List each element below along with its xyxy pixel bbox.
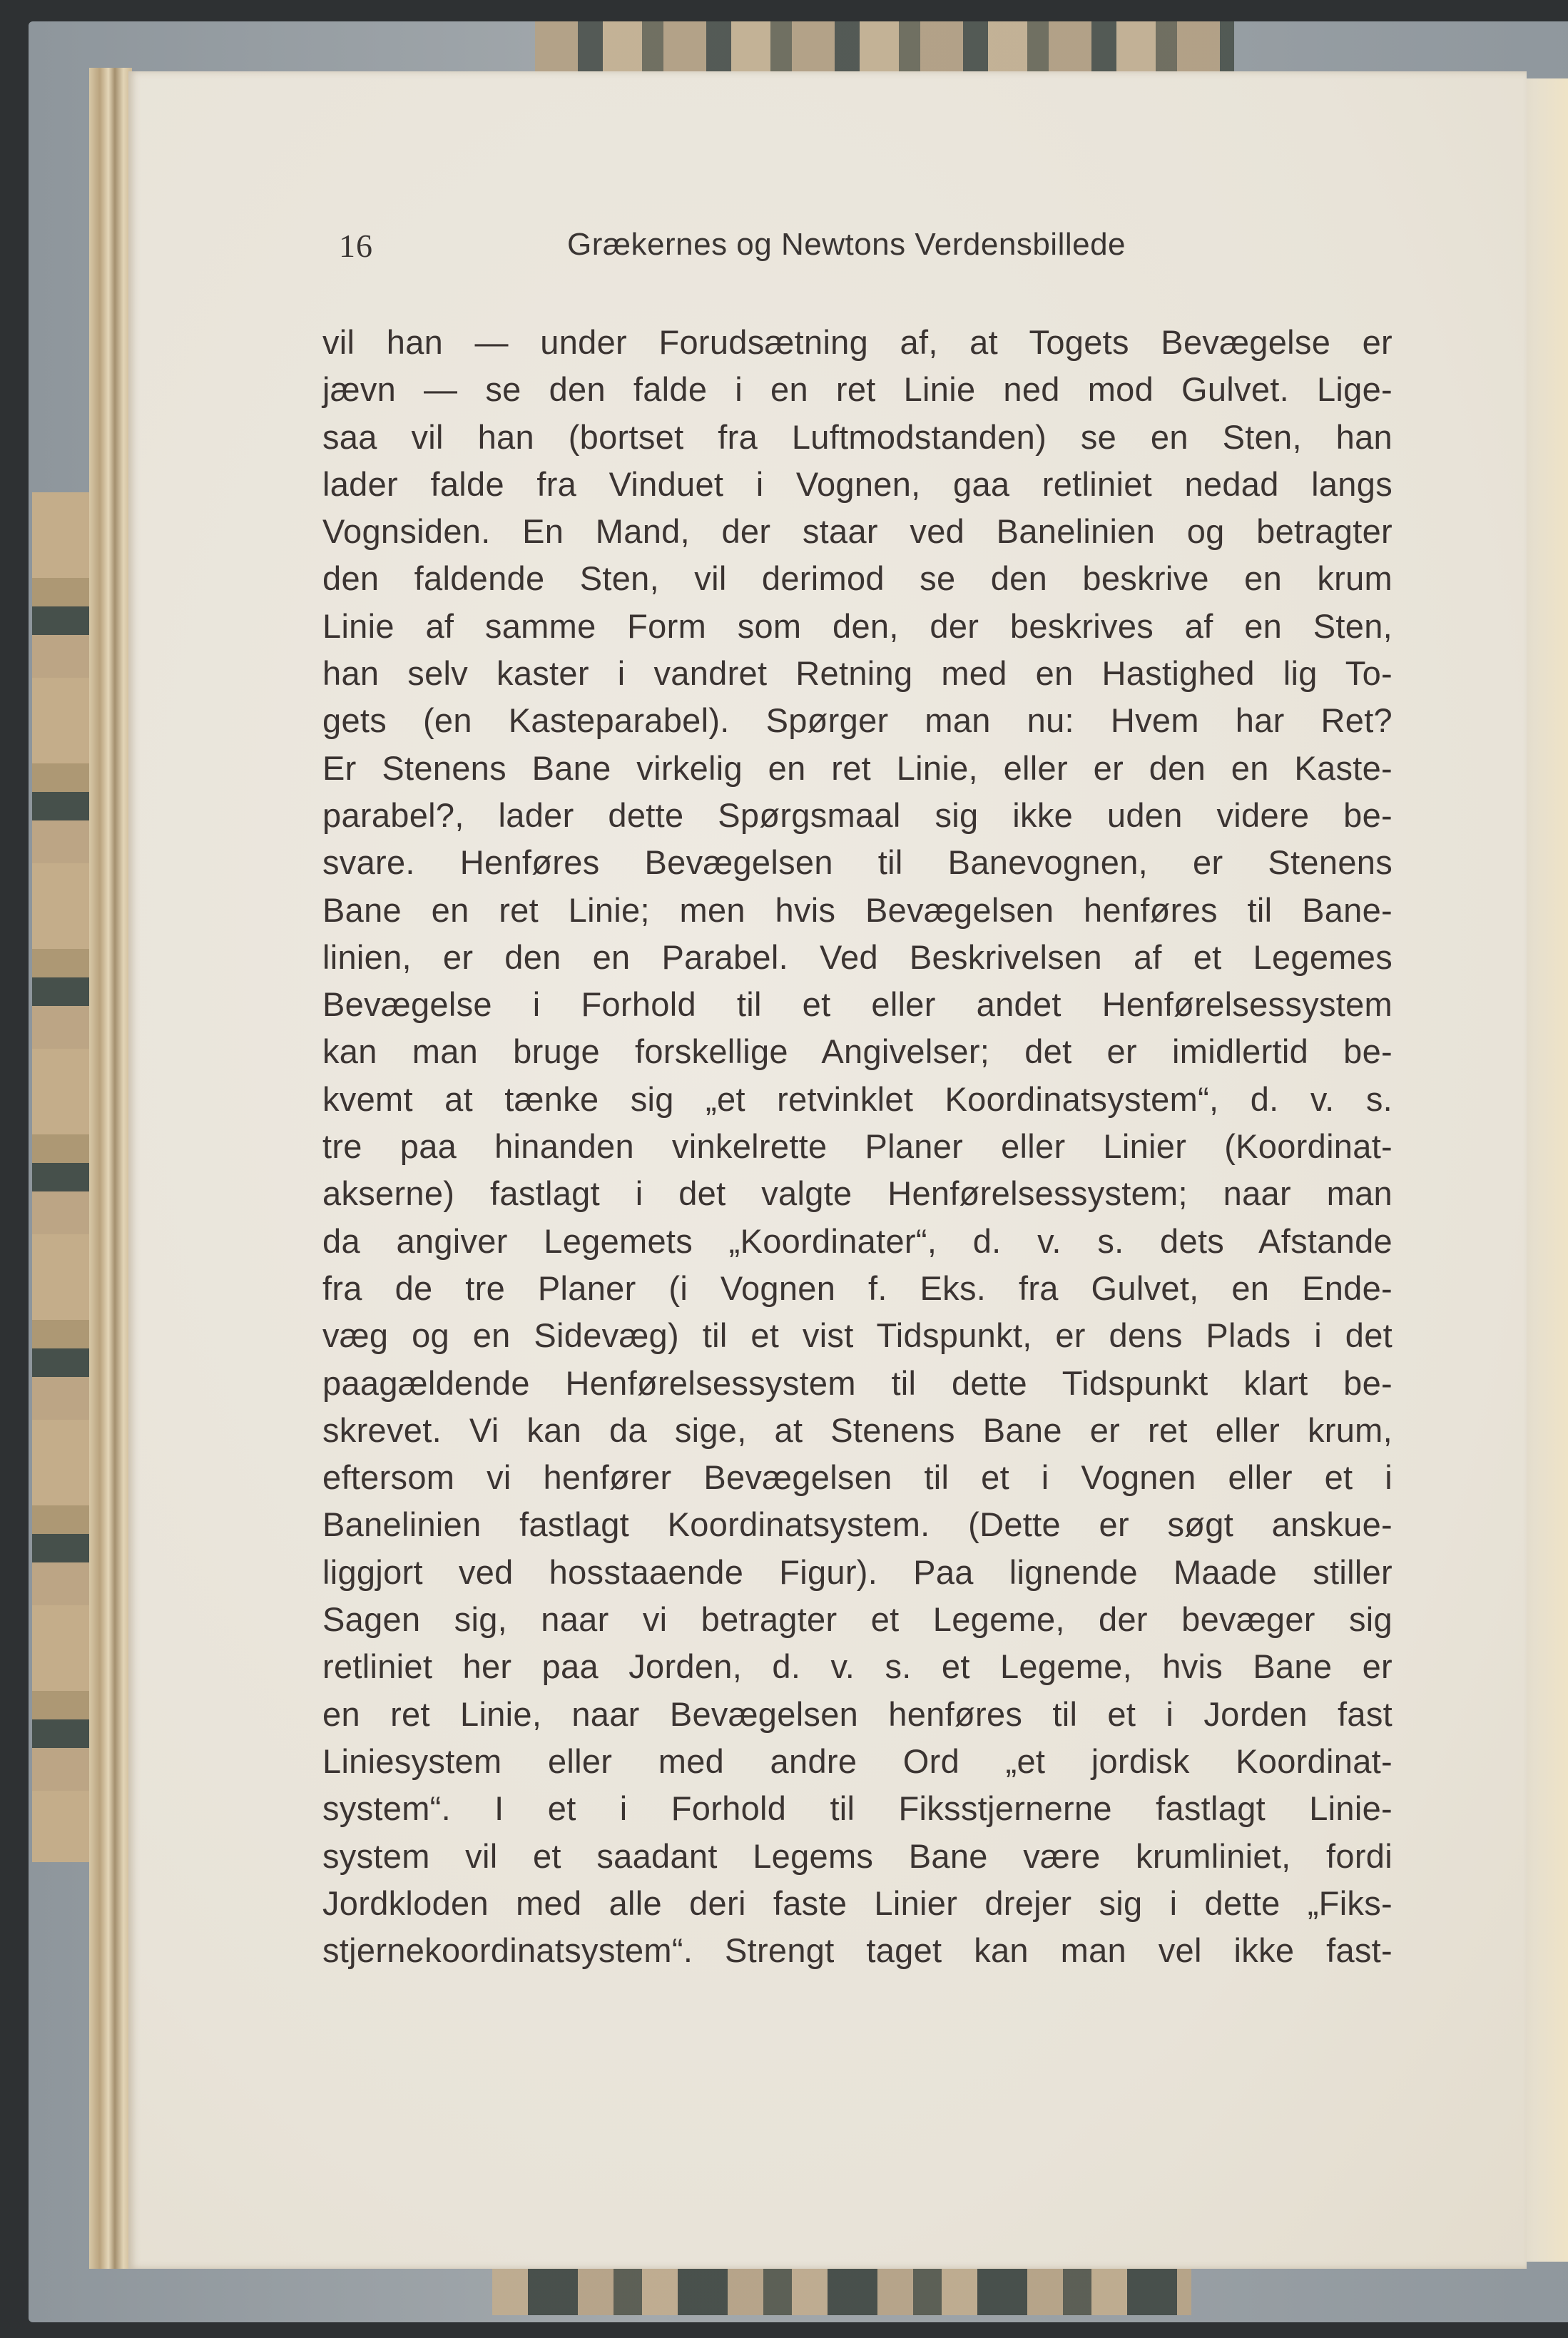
running-title: Grækernes og Newtons Verdensbillede [567,227,1126,263]
worn-cover-top [535,21,1234,78]
text-line: kvemt at tænke sig „et retvinklet Koordi… [322,1076,1393,1123]
text-line: Liniesystem eller med andre Ord „et jord… [322,1738,1393,1785]
text-line: svare. Henføres Bevægelsen til Banevogne… [322,839,1393,886]
text-line: tre paa hinanden vinkelrette Planer elle… [322,1123,1393,1170]
text-line: saa vil han (bortset fra Luftmodstanden)… [322,414,1393,461]
text-line: parabel?, lader dette Spørgsmaal sig ikk… [322,792,1393,839]
text-line: kan man bruge forskellige Angivelser; de… [322,1028,1393,1075]
text-line: en ret Linie, naar Bevægelsen henføres t… [322,1691,1393,1738]
text-line: system“. I et i Forhold til Fiksstjerner… [322,1785,1393,1832]
text-line: skrevet. Vi kan da sige, at Stenens Bane… [322,1407,1393,1454]
text-line: Vognsiden. En Mand, der staar ved Baneli… [322,508,1393,555]
page-stack-gutter [89,68,132,2269]
text-line: den faldende Sten, vil derimod se den be… [322,555,1393,602]
text-line: eftersom vi henfører Bevægelsen til et i… [322,1454,1393,1501]
text-line: retliniet her paa Jorden, d. v. s. et Le… [322,1643,1393,1690]
text-line: gets (en Kasteparabel). Spørger man nu: … [322,697,1393,744]
text-line: Jordkloden med alle deri faste Linier dr… [322,1880,1393,1927]
text-line: liggjort ved hosstaaende Figur). Paa lig… [322,1549,1393,1596]
text-line: Er Stenens Bane virkelig en ret Linie, e… [322,745,1393,792]
text-line: lader falde fra Vinduet i Vognen, gaa re… [322,461,1393,508]
text-line: jævn — se den falde i en ret Linie ned m… [322,366,1393,413]
text-line: linien, er den en Parabel. Ved Beskrivel… [322,934,1393,981]
text-line: han selv kaster i vandret Retning med en… [322,650,1393,697]
text-line: da angiver Legemets „Koordinater“, d. v.… [322,1218,1393,1265]
text-line: Bevægelse i Forhold til et eller andet H… [322,981,1393,1028]
text-line: paagældende Henførelsessystem til dette … [322,1360,1393,1407]
text-line: fra de tre Planer (i Vognen f. Eks. fra … [322,1265,1393,1312]
page-header: 16 Grækernes og Newtons Verdensbillede [339,227,1395,270]
text-line: vil han — under Forudsætning af, at Toge… [322,319,1393,366]
text-line: væg og en Sidevæg) til et vist Tidspunkt… [322,1312,1393,1359]
text-line: akserne) fastlagt i det valgte Henførels… [322,1170,1393,1217]
text-line: stjernekoordinatsystem“. Strengt taget k… [322,1927,1393,1974]
text-line: system vil et saadant Legems Bane være k… [322,1833,1393,1880]
text-line: Linie af samme Form som den, der beskriv… [322,603,1393,650]
text-line: Sagen sig, naar vi betragter et Legeme, … [322,1596,1393,1643]
text-line: Banelinien fastlagt Koordinatsystem. (De… [322,1501,1393,1548]
page-number: 16 [339,227,373,265]
body-text: vil han — under Forudsætning af, at Toge… [322,319,1393,1974]
text-line: Bane en ret Linie; men hvis Bevægelsen h… [322,887,1393,934]
